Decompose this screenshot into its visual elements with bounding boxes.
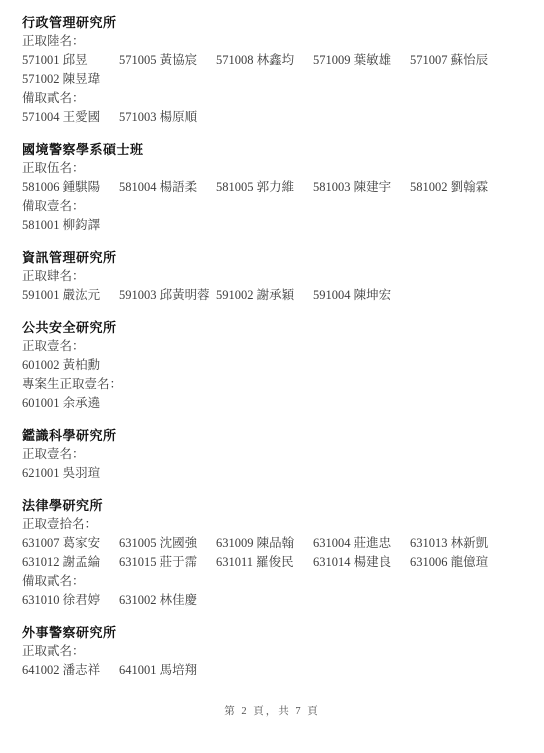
quota-label: 專案生正取壹名： <box>22 375 526 394</box>
candidate-entry: 581001 柳鈞譯 <box>22 216 100 235</box>
candidate-row: 601001 余承遶 <box>22 394 526 413</box>
candidate-row: 571001 邱昱571005 黃協宸571008 林鑫均571009 葉敏雄5… <box>22 51 526 70</box>
candidate-entry: 571004 王愛國 <box>22 108 119 127</box>
candidate-entry: 631007 葛家安 <box>22 534 119 553</box>
candidate-entry: 601001 余承遶 <box>22 394 100 413</box>
candidate-row: 591001 嚴汯元591003 邱黃明蓉591002 謝承穎591004 陳坤… <box>22 286 526 305</box>
candidate-entry: 631011 羅俊民 <box>216 553 313 572</box>
program-section: 公共安全研究所正取壹名：601002 黃柏勳專案生正取壹名：601001 余承遶 <box>22 318 526 413</box>
program-section: 鑑識科學研究所正取壹名：621001 吳羽瑄 <box>22 426 526 483</box>
candidate-entry: 571007 蘇怡辰 <box>410 51 488 70</box>
quota-label: 正取壹名： <box>22 337 526 356</box>
candidate-entry: 571003 楊原順 <box>119 108 197 127</box>
candidate-row: 631012 謝孟綸631015 莊于霈631011 羅俊民631014 楊建良… <box>22 553 526 572</box>
program-section: 外事警察研究所正取貳名：641002 潘志祥641001 馬培翔 <box>22 623 526 680</box>
candidate-row: 581001 柳鈞譯 <box>22 216 526 235</box>
candidate-entry: 571009 葉敏雄 <box>313 51 410 70</box>
candidate-entry: 581006 鍾騏陽 <box>22 178 119 197</box>
admission-results-page: 行政管理研究所正取陸名：571001 邱昱571005 黃協宸571008 林鑫… <box>0 0 544 753</box>
candidate-entry: 581005 郭力維 <box>216 178 313 197</box>
sections-container: 行政管理研究所正取陸名：571001 邱昱571005 黃協宸571008 林鑫… <box>22 13 526 680</box>
program-title: 資訊管理研究所 <box>22 248 526 267</box>
quota-label: 備取貳名： <box>22 89 526 108</box>
quota-label: 正取壹名： <box>22 445 526 464</box>
candidate-entry: 601002 黃柏勳 <box>22 356 100 375</box>
program-title: 法律學研究所 <box>22 496 526 515</box>
candidate-entry: 571008 林鑫均 <box>216 51 313 70</box>
quota-label: 備取貳名： <box>22 572 526 591</box>
page-footer: 第 2 頁，共 7 頁 <box>0 704 544 720</box>
program-section: 法律學研究所正取壹拾名：631007 葛家安631005 沈國強631009 陳… <box>22 496 526 610</box>
candidate-entry: 621001 吳羽瑄 <box>22 464 100 483</box>
candidate-row: 581006 鍾騏陽581004 楊語柔581005 郭力維581003 陳建宇… <box>22 178 526 197</box>
candidate-entry: 641002 潘志祥 <box>22 661 119 680</box>
program-section: 行政管理研究所正取陸名：571001 邱昱571005 黃協宸571008 林鑫… <box>22 13 526 127</box>
candidate-row: 571002 陳昱瑋 <box>22 70 526 89</box>
quota-label: 正取貳名： <box>22 642 526 661</box>
candidate-entry: 591002 謝承穎 <box>216 286 313 305</box>
candidate-entry: 631009 陳品翰 <box>216 534 313 553</box>
candidate-entry: 641001 馬培翔 <box>119 661 197 680</box>
candidate-row: 631007 葛家安631005 沈國強631009 陳品翰631004 莊進忠… <box>22 534 526 553</box>
candidate-entry: 571001 邱昱 <box>22 51 119 70</box>
quota-label: 正取壹拾名： <box>22 515 526 534</box>
candidate-row: 631010 徐君婷631002 林佳慶 <box>22 591 526 610</box>
program-section: 國境警察學系碩士班正取伍名：581006 鍾騏陽581004 楊語柔581005… <box>22 140 526 235</box>
candidate-entry: 591003 邱黃明蓉 <box>119 286 216 305</box>
candidate-entry: 631014 楊建良 <box>313 553 410 572</box>
candidate-row: 641002 潘志祥641001 馬培翔 <box>22 661 526 680</box>
quota-label: 正取伍名： <box>22 159 526 178</box>
program-title: 鑑識科學研究所 <box>22 426 526 445</box>
program-title: 公共安全研究所 <box>22 318 526 337</box>
candidate-row: 601002 黃柏勳 <box>22 356 526 375</box>
candidate-entry: 631010 徐君婷 <box>22 591 119 610</box>
quota-label: 備取壹名： <box>22 197 526 216</box>
program-section: 資訊管理研究所正取肆名：591001 嚴汯元591003 邱黃明蓉591002 … <box>22 248 526 305</box>
candidate-entry: 571002 陳昱瑋 <box>22 70 100 89</box>
candidate-entry: 631006 龍億瑄 <box>410 553 488 572</box>
candidate-entry: 581003 陳建宇 <box>313 178 410 197</box>
candidate-entry: 581002 劉翰霖 <box>410 178 488 197</box>
candidate-row: 621001 吳羽瑄 <box>22 464 526 483</box>
candidate-entry: 591001 嚴汯元 <box>22 286 119 305</box>
candidate-entry: 631002 林佳慶 <box>119 591 197 610</box>
program-title: 國境警察學系碩士班 <box>22 140 526 159</box>
candidate-entry: 631005 沈國強 <box>119 534 216 553</box>
candidate-entry: 581004 楊語柔 <box>119 178 216 197</box>
candidate-row: 571004 王愛國571003 楊原順 <box>22 108 526 127</box>
candidate-entry: 631004 莊進忠 <box>313 534 410 553</box>
candidate-entry: 631012 謝孟綸 <box>22 553 119 572</box>
candidate-entry: 591004 陳坤宏 <box>313 286 391 305</box>
candidate-entry: 631015 莊于霈 <box>119 553 216 572</box>
candidate-entry: 631013 林新凱 <box>410 534 488 553</box>
quota-label: 正取陸名： <box>22 32 526 51</box>
candidate-entry: 571005 黃協宸 <box>119 51 216 70</box>
program-title: 外事警察研究所 <box>22 623 526 642</box>
program-title: 行政管理研究所 <box>22 13 526 32</box>
quota-label: 正取肆名： <box>22 267 526 286</box>
page-number-label: 第 2 頁，共 7 頁 <box>224 706 320 717</box>
